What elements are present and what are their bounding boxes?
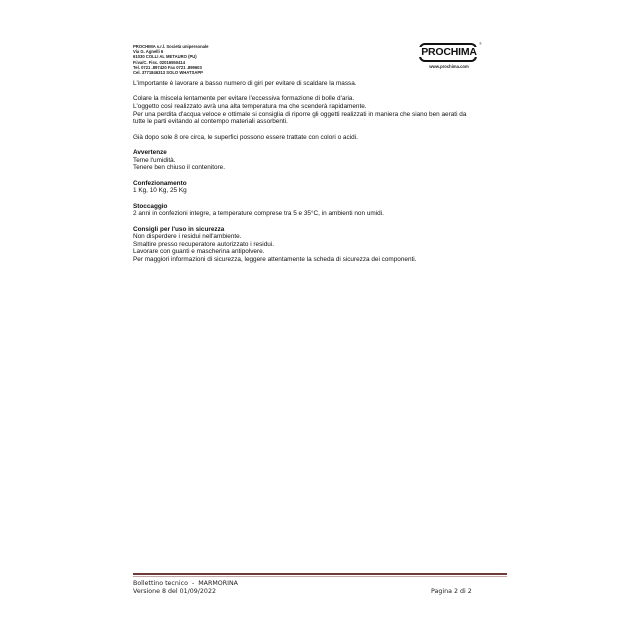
section-heading-sicurezza: Consigli per l'uso in sicurezza bbox=[133, 226, 513, 234]
body-line: Per una perdita d'acqua veloce e ottimal… bbox=[133, 111, 513, 119]
document-body: L'importante è lavorare a basso numero d… bbox=[133, 80, 513, 263]
document-page: PROCHIMA s.r.l. Società unipersonale Via… bbox=[0, 0, 640, 640]
body-line: tutte le parti evitando al contempo mate… bbox=[133, 118, 513, 126]
body-line: Colare la miscela lentamente per evitare… bbox=[133, 95, 513, 103]
section-line: Tenere ben chiuso il contenitore. bbox=[133, 164, 513, 172]
prochima-logo: PROCHIMA ® www.prochima.com bbox=[416, 42, 482, 70]
footer-version: Versione 8 del 01/09/2022 bbox=[133, 588, 238, 596]
section-heading-stoccaggio: Stoccaggio bbox=[133, 203, 513, 211]
section-heading-confezionamento: Confezionamento bbox=[133, 180, 513, 188]
body-line: Già dopo sole 8 ore circa, le superfici … bbox=[133, 134, 513, 142]
registered-mark: ® bbox=[479, 41, 482, 46]
section-heading-avvertenze: Avvertenze bbox=[133, 149, 513, 157]
section-line: Smaltire presso recuperatore autorizzato… bbox=[133, 241, 513, 249]
body-line: L'oggetto così realizzato avrà una alta … bbox=[133, 103, 513, 111]
section-line: Per maggiori informazioni di sicurezza, … bbox=[133, 256, 513, 264]
company-address-block: PROCHIMA s.r.l. Società unipersonale Via… bbox=[133, 44, 208, 75]
footer-info: Bollettino tecnico - MARMORINA Versione … bbox=[133, 580, 238, 596]
section-line: 2 anni in confezioni integre, a temperat… bbox=[133, 210, 513, 218]
logo-wordmark: PROCHIMA bbox=[416, 47, 482, 57]
logo-url: www.prochima.com bbox=[416, 64, 482, 69]
section-line: Teme l'umidità. bbox=[133, 157, 513, 165]
section-line: Non disperdere i residui nell'ambiente. bbox=[133, 233, 513, 241]
footer-title: Bollettino tecnico - MARMORINA bbox=[133, 580, 238, 588]
section-line: 1 Kg, 10 Kg, 25 Kg bbox=[133, 187, 513, 195]
footer-divider-light bbox=[133, 576, 507, 577]
company-line: Cel. 3771846313 SOLO WHATSAPP bbox=[133, 70, 208, 75]
page-number: Pagina 2 di 2 bbox=[431, 588, 472, 596]
intro-paragraph: L'importante è lavorare a basso numero d… bbox=[133, 80, 513, 88]
section-line: Lavorare con guanti e mascherina antipol… bbox=[133, 248, 513, 256]
